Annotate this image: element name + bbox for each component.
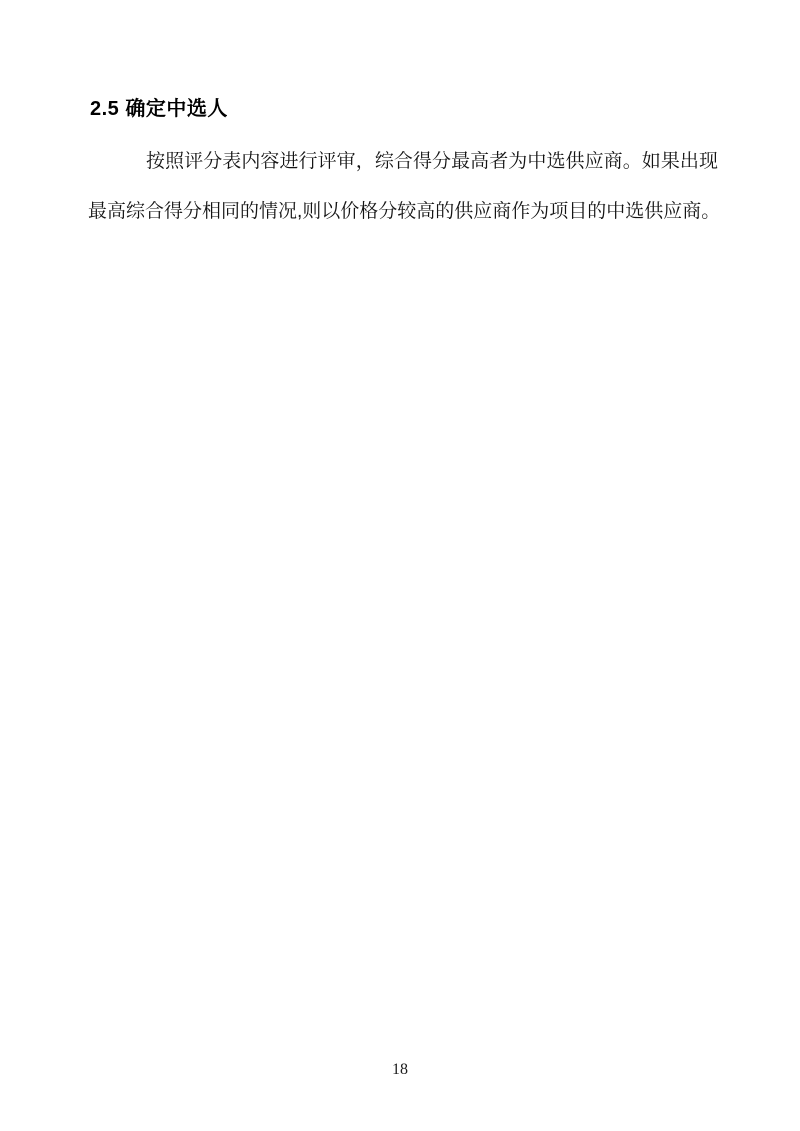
page-number: 18 [0, 1060, 800, 1080]
body-paragraph: 按照评分表内容进行评审，综合得分最高者为中选供应商。如果出现 最高综合得分相同的… [88, 137, 718, 237]
paragraph-line-1: 按照评分表内容进行评审，综合得分最高者为中选供应商。如果出现 [88, 137, 718, 187]
paragraph-line-2: 最高综合得分相同的情况,则以价格分较高的供应商作为项目的中选供应商。 [88, 187, 718, 237]
section-heading: 2.5 确定中选人 [90, 96, 228, 123]
document-page: 2.5 确定中选人 按照评分表内容进行评审，综合得分最高者为中选供应商。如果出现… [0, 0, 800, 1131]
